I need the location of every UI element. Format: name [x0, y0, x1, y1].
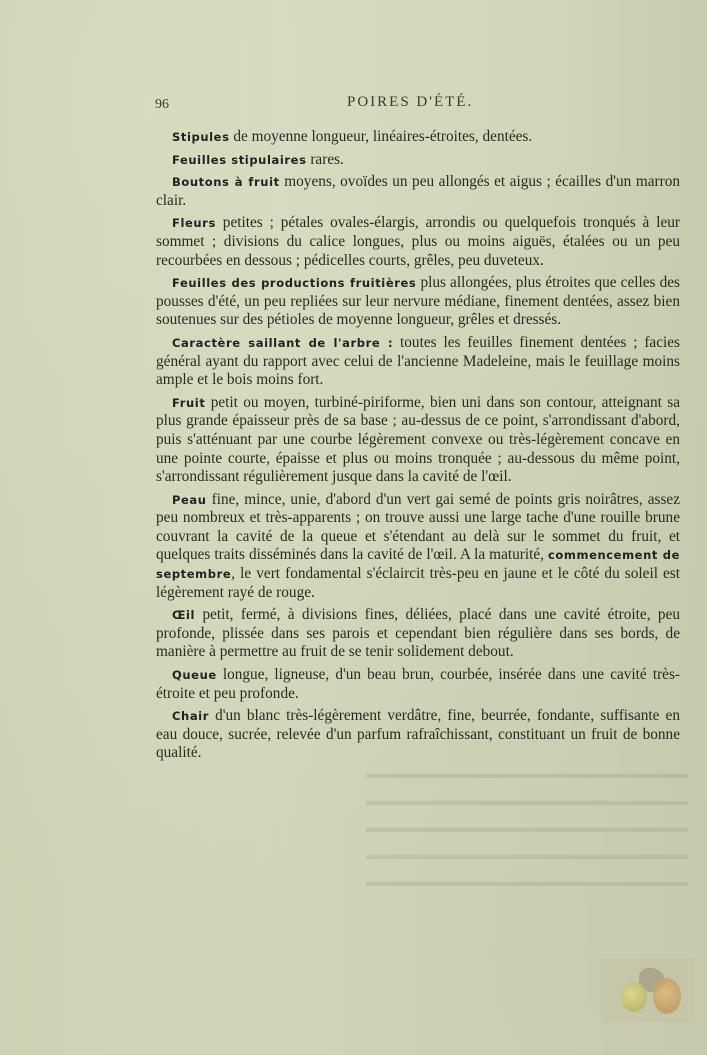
- term-feuilles-productions: Feuilles des productions fruitières: [172, 276, 416, 290]
- paragraph-fruit: Fruit petit ou moyen, turbiné-piriforme,…: [156, 394, 680, 487]
- paragraph-boutons: Boutons à fruit moyens, ovoïdes un peu a…: [156, 173, 680, 210]
- page-number: 96: [155, 97, 169, 113]
- term-queue: Queue: [172, 668, 217, 682]
- paragraph-stipules: Stipules de moyenne longueur, linéaires-…: [156, 128, 680, 147]
- term-fruit: Fruit: [172, 396, 205, 410]
- term-chair: Chair: [172, 709, 209, 723]
- pear-shape: [621, 982, 647, 1012]
- paragraph-text: d'un blanc très-légèrement verdâtre, fin…: [156, 707, 680, 761]
- paragraph-text: de moyenne longueur, linéaires-étroites,…: [230, 128, 533, 145]
- paragraph-text: , le vert fondamental s'éclaircit très-p…: [156, 565, 680, 601]
- show-through-text: ▬▬▬▬▬▬▬▬▬▬▬▬▬▬▬▬▬▬▬▬▬▬▬ ▬▬▬▬▬▬▬▬▬▬▬▬▬▬▬▬…: [158, 765, 688, 900]
- description-body: Stipules de moyenne longueur, linéaires-…: [156, 128, 680, 767]
- paragraph-text: longue, ligneuse, d'un beau brun, courbé…: [156, 666, 680, 702]
- paragraph-oeil: Œil petit, fermé, à divisions fines, dél…: [156, 606, 680, 662]
- paragraph-peau: Peau fine, mince, unie, d'abord d'un ver…: [156, 491, 680, 603]
- paragraph-text: petit ou moyen, turbiné-piriforme, bien …: [156, 394, 680, 485]
- term-boutons-a-fruit: Boutons à fruit: [172, 175, 280, 189]
- running-title: POIRES D'ÉTÉ.: [347, 94, 473, 111]
- pear-shape: [653, 978, 681, 1014]
- paragraph-text: petit, fermé, à divisions fines, déliées…: [156, 606, 680, 660]
- term-oeil: Œil: [172, 608, 195, 622]
- term-caractere-saillant: Caractère saillant de l'arbre :: [172, 336, 393, 350]
- paragraph-fleurs: Fleurs petites ; pétales ovales-élargis,…: [156, 214, 680, 270]
- paragraph-text: rares.: [307, 151, 344, 168]
- paragraph-feuilles-stipulaires: Feuilles stipulaires rares.: [156, 151, 680, 170]
- paragraph-chair: Chair d'un blanc très-légèrement verdâtr…: [156, 707, 680, 763]
- paragraph-queue: Queue longue, ligneuse, d'un beau brun, …: [156, 666, 680, 703]
- paragraph-feuilles-productions: Feuilles des productions fruitières plus…: [156, 274, 680, 330]
- term-stipules: Stipules: [172, 130, 230, 144]
- pear-illustration-thumbnail: [601, 958, 695, 1023]
- term-fleurs: Fleurs: [172, 216, 216, 230]
- book-page: 96 POIRES D'ÉTÉ. Stipules de moyenne lon…: [0, 0, 707, 1055]
- paragraph-caractere: Caractère saillant de l'arbre : toutes l…: [156, 334, 680, 390]
- paragraph-text: petites ; pétales ovales-élargis, arrond…: [156, 214, 680, 268]
- term-feuilles-stipulaires: Feuilles stipulaires: [172, 153, 307, 167]
- term-peau: Peau: [172, 493, 207, 507]
- running-head: 96 POIRES D'ÉTÉ.: [155, 97, 675, 117]
